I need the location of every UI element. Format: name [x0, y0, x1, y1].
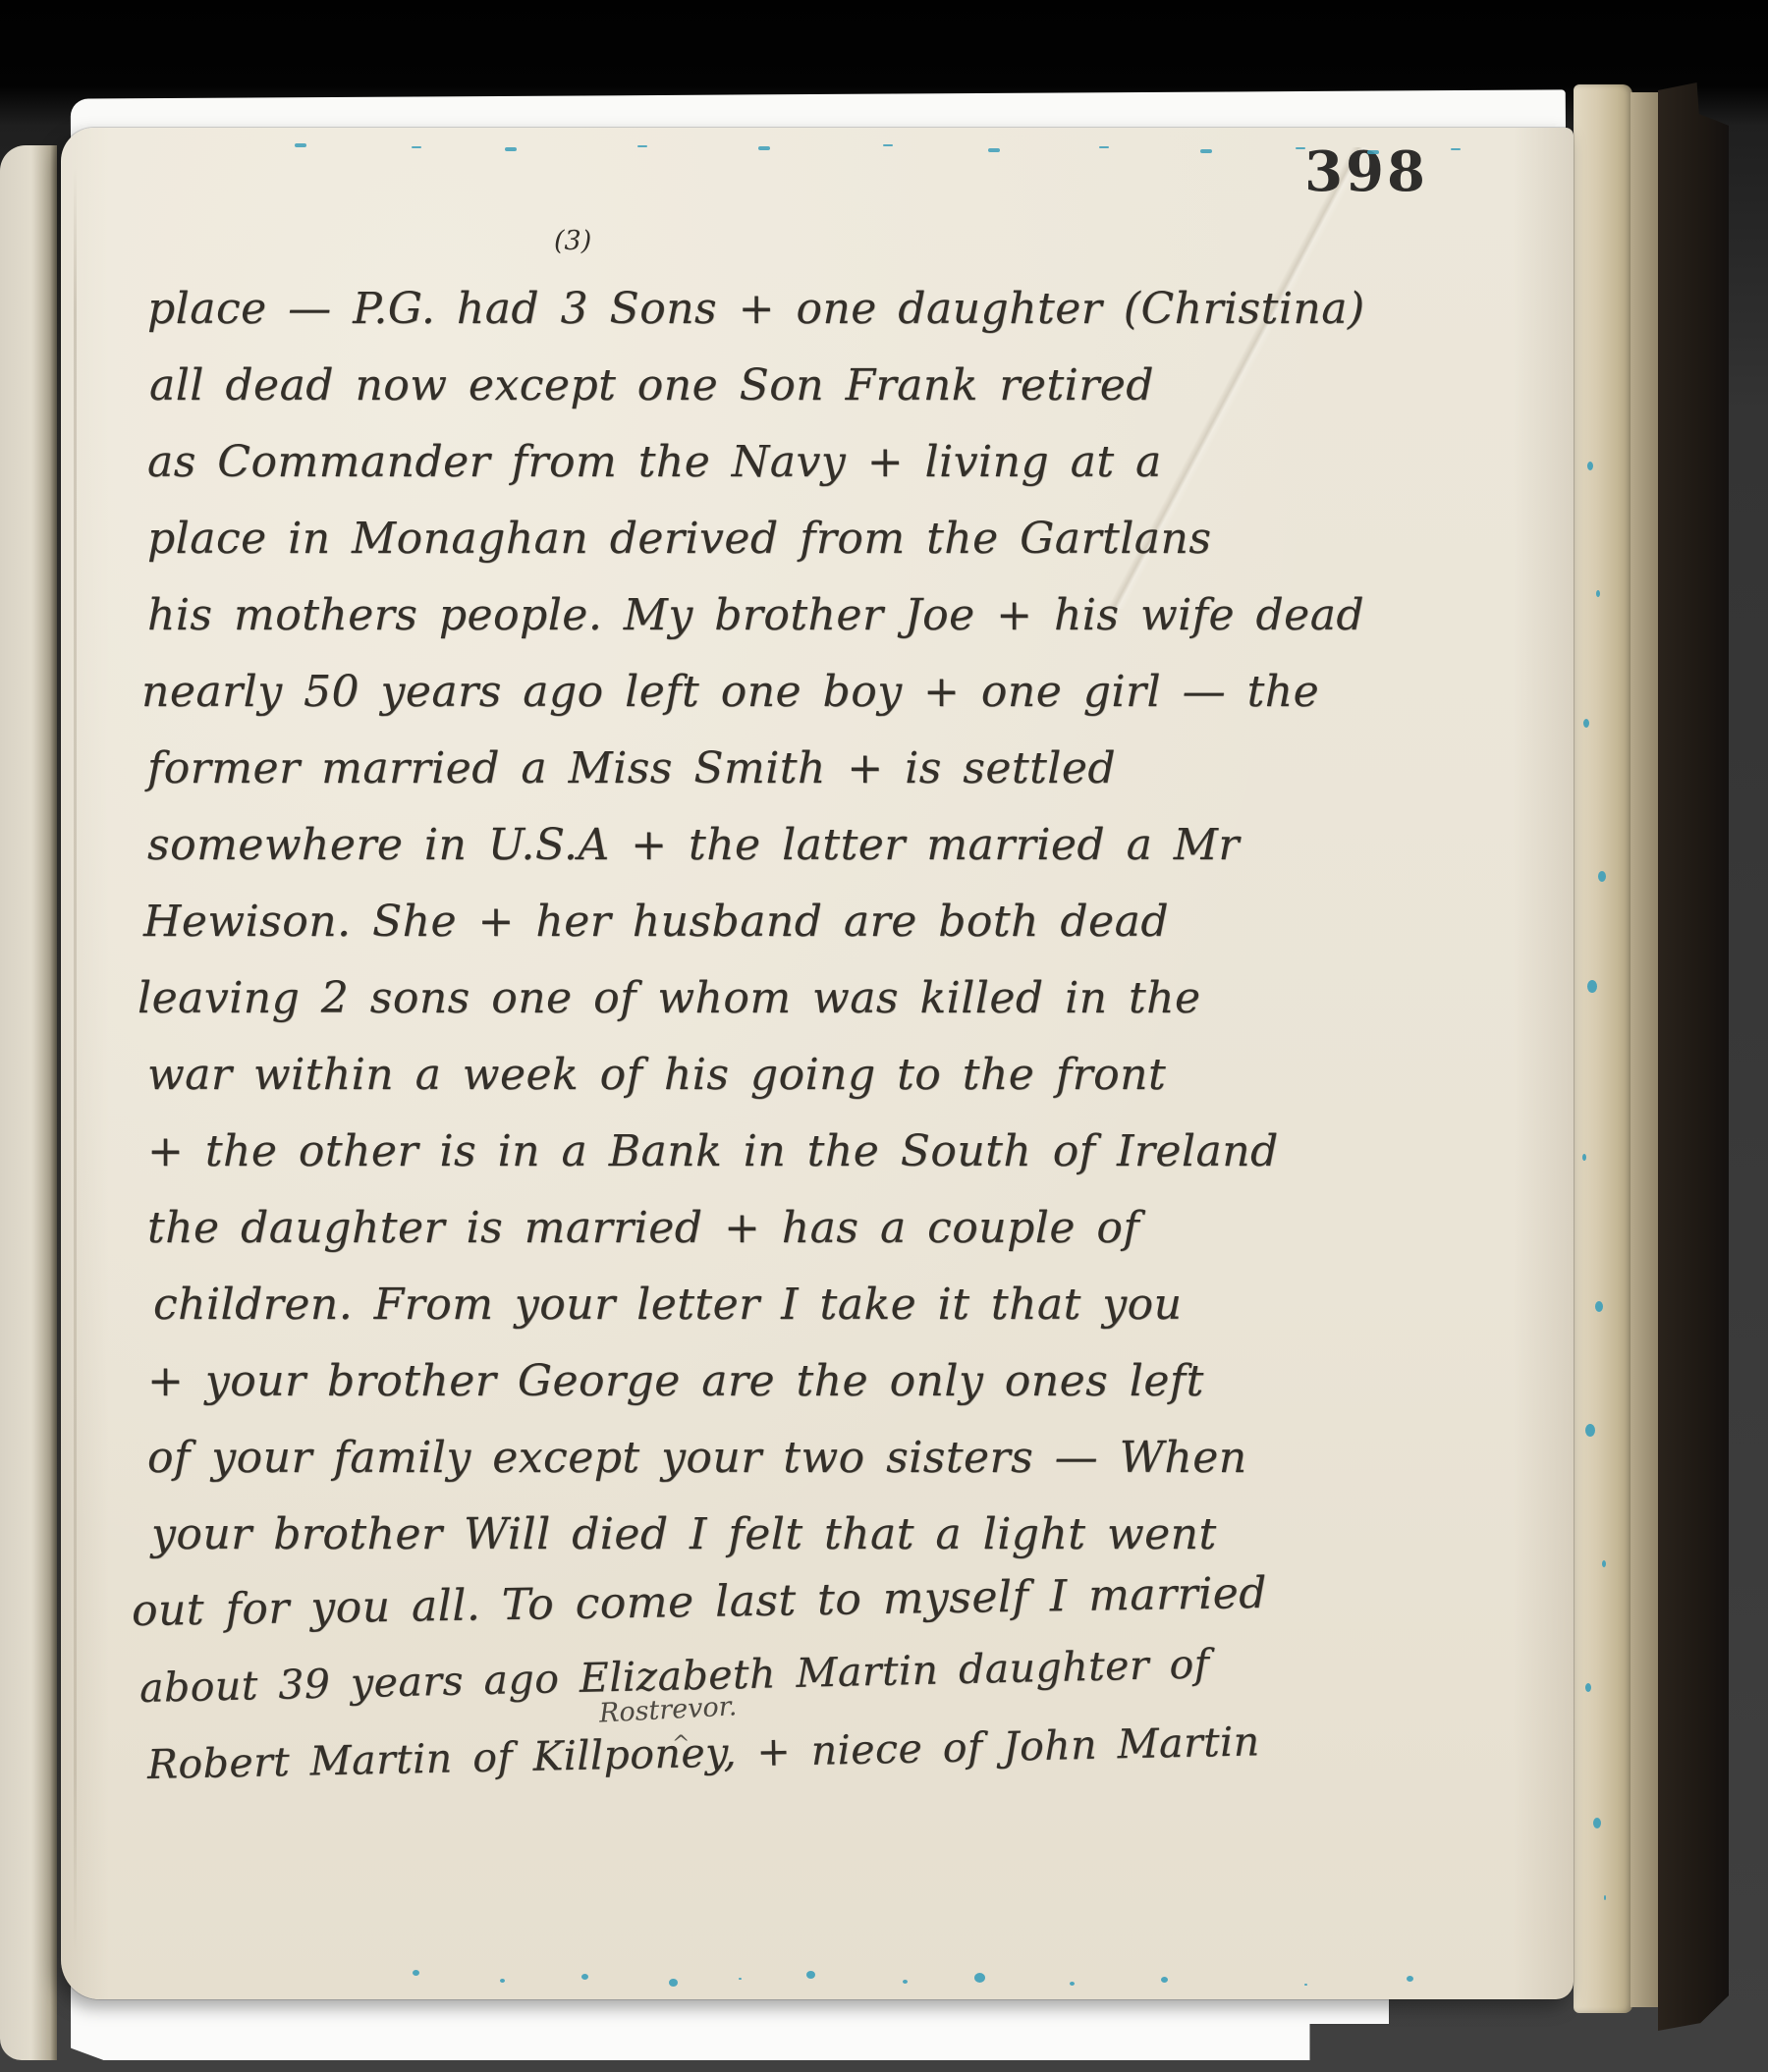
edge-speckles-right [1587, 462, 1593, 470]
manuscript-line: leaving 2 sons one of whom was killed in… [138, 960, 1468, 1037]
book-photograph: 398 (3) place — P.G. had 3 Sons + one da… [0, 0, 1768, 2072]
manuscript-line: war within a week of his going to the fr… [147, 1037, 1468, 1114]
insertion-caret-mark: ^ [672, 1732, 690, 1757]
book-cover [1658, 82, 1729, 2039]
page-stack-edge-outer [1630, 92, 1660, 2007]
manuscript-line: all dead now except one Son Frank retire… [149, 348, 1468, 424]
manuscript-line: children. From your letter I take it tha… [153, 1267, 1468, 1343]
manuscript-line: + the other is in a Bank in the South of… [147, 1114, 1468, 1190]
manuscript-line: former married a Miss Smith + is settled [147, 731, 1468, 807]
gutter-stitch-crease [74, 167, 77, 1954]
page-stack-edge [1574, 84, 1632, 2013]
manuscript-line: of your family except your two sisters —… [147, 1420, 1468, 1497]
manuscript-line: his mothers people. My brother Joe + his… [147, 577, 1468, 654]
manuscript-line: the daughter is married + has a couple o… [147, 1190, 1468, 1267]
page-number: 398 [1304, 139, 1428, 204]
manuscript-line: somewhere in U.S.A + the latter married … [147, 807, 1468, 884]
manuscript-line: place in Monaghan derived from the Gartl… [147, 501, 1468, 577]
manuscript-line: + your brother George are the only ones … [147, 1343, 1468, 1420]
edge-speckles-bottom [413, 1970, 419, 1976]
superscript-count-annotation: (3) [554, 226, 591, 256]
facing-page-edge [0, 145, 57, 2060]
manuscript-text: place — P.G. had 3 Sons + one daughter (… [147, 271, 1468, 1803]
manuscript-page: 398 (3) place — P.G. had 3 Sons + one da… [61, 128, 1574, 1999]
manuscript-line: nearly 50 years ago left one boy + one g… [141, 654, 1468, 731]
manuscript-line: as Commander from the Navy + living at a [147, 424, 1468, 501]
manuscript-line: place — P.G. had 3 Sons + one daughter (… [147, 271, 1468, 348]
manuscript-line: Hewison. She + her husband are both dead [143, 884, 1468, 960]
edge-speckles-top [295, 143, 306, 147]
